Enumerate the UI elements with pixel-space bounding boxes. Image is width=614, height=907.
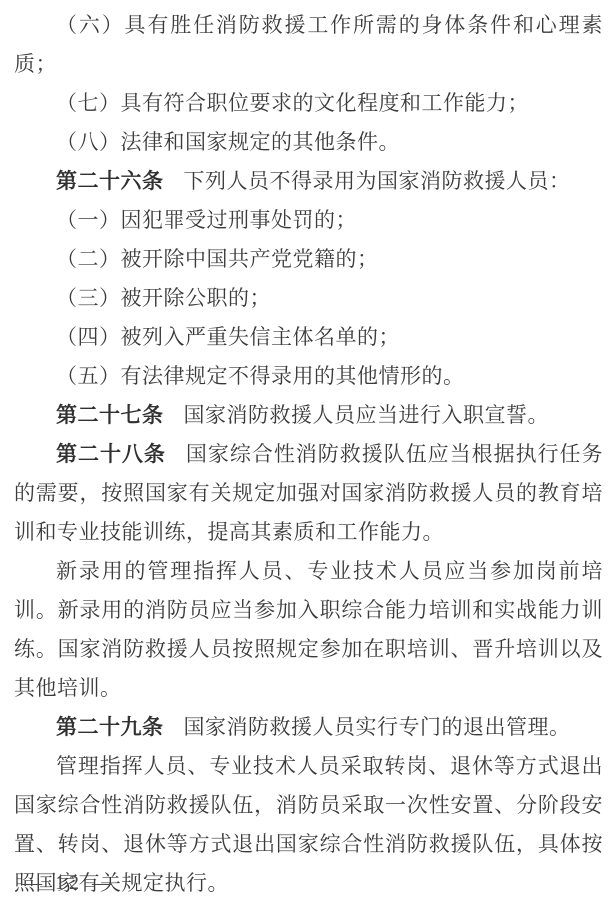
paragraph: 新录用的管理指挥人员、专业技术人员应当参加岗前培训。新录用的消防员应当参加入职综… [14,552,603,708]
document-page: （六）具有胜任消防救援工作所需的身体条件和心理素质； （七）具有符合职位要求的文… [0,0,614,907]
paragraph-text: 下列人员不得录用为国家消防救援人员： [184,169,571,193]
article-number: 第二十八条 [56,443,166,466]
paragraph-text: （八）法律和国家规定的其他条件。 [56,130,400,154]
paragraph: （四）被列入严重失信主体名单的； [14,318,603,357]
paragraph: （六）具有胜任消防救援工作所需的身体条件和心理素质； [14,6,603,84]
paragraph: 第二十七条国家消防救援人员应当进行入职宣誓。 [14,396,603,435]
paragraph-text: （四）被列入严重失信主体名单的； [56,325,400,349]
paragraph: 第二十九条国家消防救援人员实行专门的退出管理。 [14,708,603,747]
paragraph: （二）被开除中国共产党党籍的； [14,240,603,279]
paragraph-text: （二）被开除中国共产党党籍的； [56,247,379,271]
paragraph-text: 国家消防救援人员应当进行入职宣誓。 [184,403,550,427]
article-number: 第二十六条 [56,170,164,193]
paragraph-text: （五）有法律规定不得录用的其他情形的。 [56,364,465,388]
document-body: （六）具有胜任消防救援工作所需的身体条件和心理素质； （七）具有符合职位要求的文… [14,6,603,903]
paragraph: 第二十八条国家综合性消防救援队伍应当根据执行任务的需要，按照国家有关规定加强对国… [14,435,603,552]
paragraph: （三）被开除公职的； [14,279,603,318]
paragraph-text: （一）因犯罪受过刑事处罚的； [56,208,357,232]
paragraph: （五）有法律规定不得录用的其他情形的。 [14,357,603,396]
paragraph: （八）法律和国家规定的其他条件。 [14,123,603,162]
paragraph-text: 新录用的管理指挥人员、专业技术人员应当参加岗前培训。新录用的消防员应当参加入职综… [14,559,603,700]
paragraph-text: 国家消防救援人员实行专门的退出管理。 [184,715,571,739]
paragraph-text: （六）具有胜任消防救援工作所需的身体条件和心理素质； [14,13,603,76]
paragraph: （一）因犯罪受过刑事处罚的； [14,201,603,240]
page-number: — 12 — [22,871,116,895]
paragraph-text: （七）具有符合职位要求的文化程度和工作能力； [56,91,529,115]
article-number: 第二十七条 [56,404,164,427]
article-number: 第二十九条 [56,716,164,739]
paragraph-text: （三）被开除公职的； [56,286,271,310]
paragraph: 第二十六条下列人员不得录用为国家消防救援人员： [14,162,603,201]
paragraph: （七）具有符合职位要求的文化程度和工作能力； [14,84,603,123]
